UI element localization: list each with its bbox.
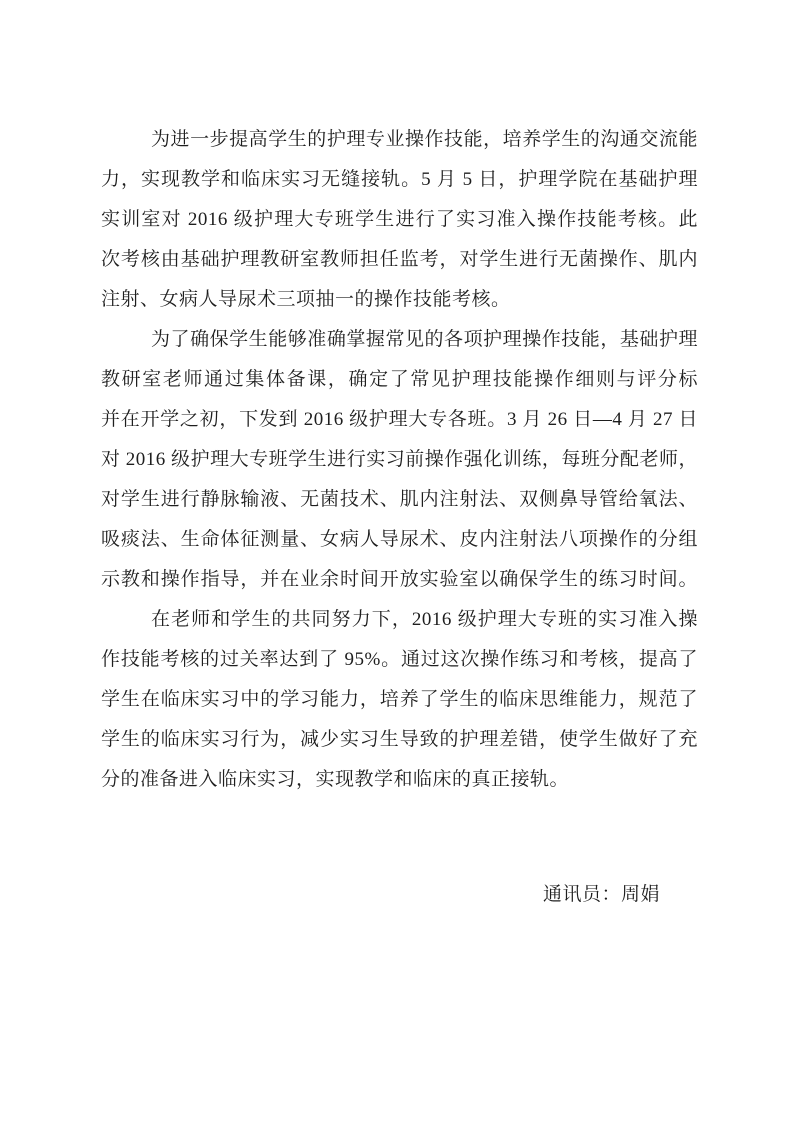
text-line: 力，实现教学和临床实习无缝接轨。5 月 5 日，护理学院在基础护理	[101, 160, 698, 200]
text-line: 注射、女病人导尿术三项抽一的操作技能考核。	[101, 280, 698, 320]
text-line: 分的准备进入临床实习，实现教学和临床的真正接轨。	[101, 760, 698, 800]
paragraph-intro: 为进一步提高学生的护理专业操作技能，培养学生的沟通交流能 力，实现教学和临床实习…	[101, 120, 698, 320]
text-line: 实训室对 2016 级护理大专班学生进行了实习准入操作技能考核。此	[101, 200, 698, 240]
text-line: 教研室老师通过集体备课，确定了常见护理技能操作细则与评分标准，	[101, 360, 698, 400]
text-line: 学生的临床实习行为，减少实习生导致的护理差错，使学生做好了充	[101, 720, 698, 760]
paragraph-preparation: 为了确保学生能够准确掌握常见的各项护理操作技能，基础护理 教研室老师通过集体备课…	[101, 320, 698, 600]
text-line: 学生在临床实习中的学习能力，培养了学生的临床思维能力，规范了	[101, 680, 698, 720]
text-line: 示教和操作指导，并在业余时间开放实验室以确保学生的练习时间。	[101, 560, 698, 600]
document-page: 为进一步提高学生的护理专业操作技能，培养学生的沟通交流能 力，实现教学和临床实习…	[0, 0, 793, 1122]
text-line: 在老师和学生的共同努力下，2016 级护理大专班的实习准入操	[101, 600, 698, 640]
text-line: 为了确保学生能够准确掌握常见的各项护理操作技能，基础护理	[101, 320, 698, 360]
paragraph-results: 在老师和学生的共同努力下，2016 级护理大专班的实习准入操 作技能考核的过关率…	[101, 600, 698, 800]
text-line: 对学生进行静脉输液、无菌技术、肌内注射法、双侧鼻导管给氧法、	[101, 480, 698, 520]
text-line: 吸痰法、生命体征测量、女病人导尿术、皮内注射法八项操作的分组	[101, 520, 698, 560]
text-line: 作技能考核的过关率达到了 95%。通过这次操作练习和考核，提高了	[101, 640, 698, 680]
text-line: 并在开学之初，下发到 2016 级护理大专各班。3 月 26 日—4 月 27 …	[101, 400, 698, 440]
signature-line: 通讯员：周娟	[101, 875, 698, 915]
text-line: 为进一步提高学生的护理专业操作技能，培养学生的沟通交流能	[101, 120, 698, 160]
text-line: 次考核由基础护理教研室教师担任监考，对学生进行无菌操作、肌内	[101, 240, 698, 280]
text-line: 对 2016 级护理大专班学生进行实习前操作强化训练，每班分配老师，	[101, 440, 698, 480]
